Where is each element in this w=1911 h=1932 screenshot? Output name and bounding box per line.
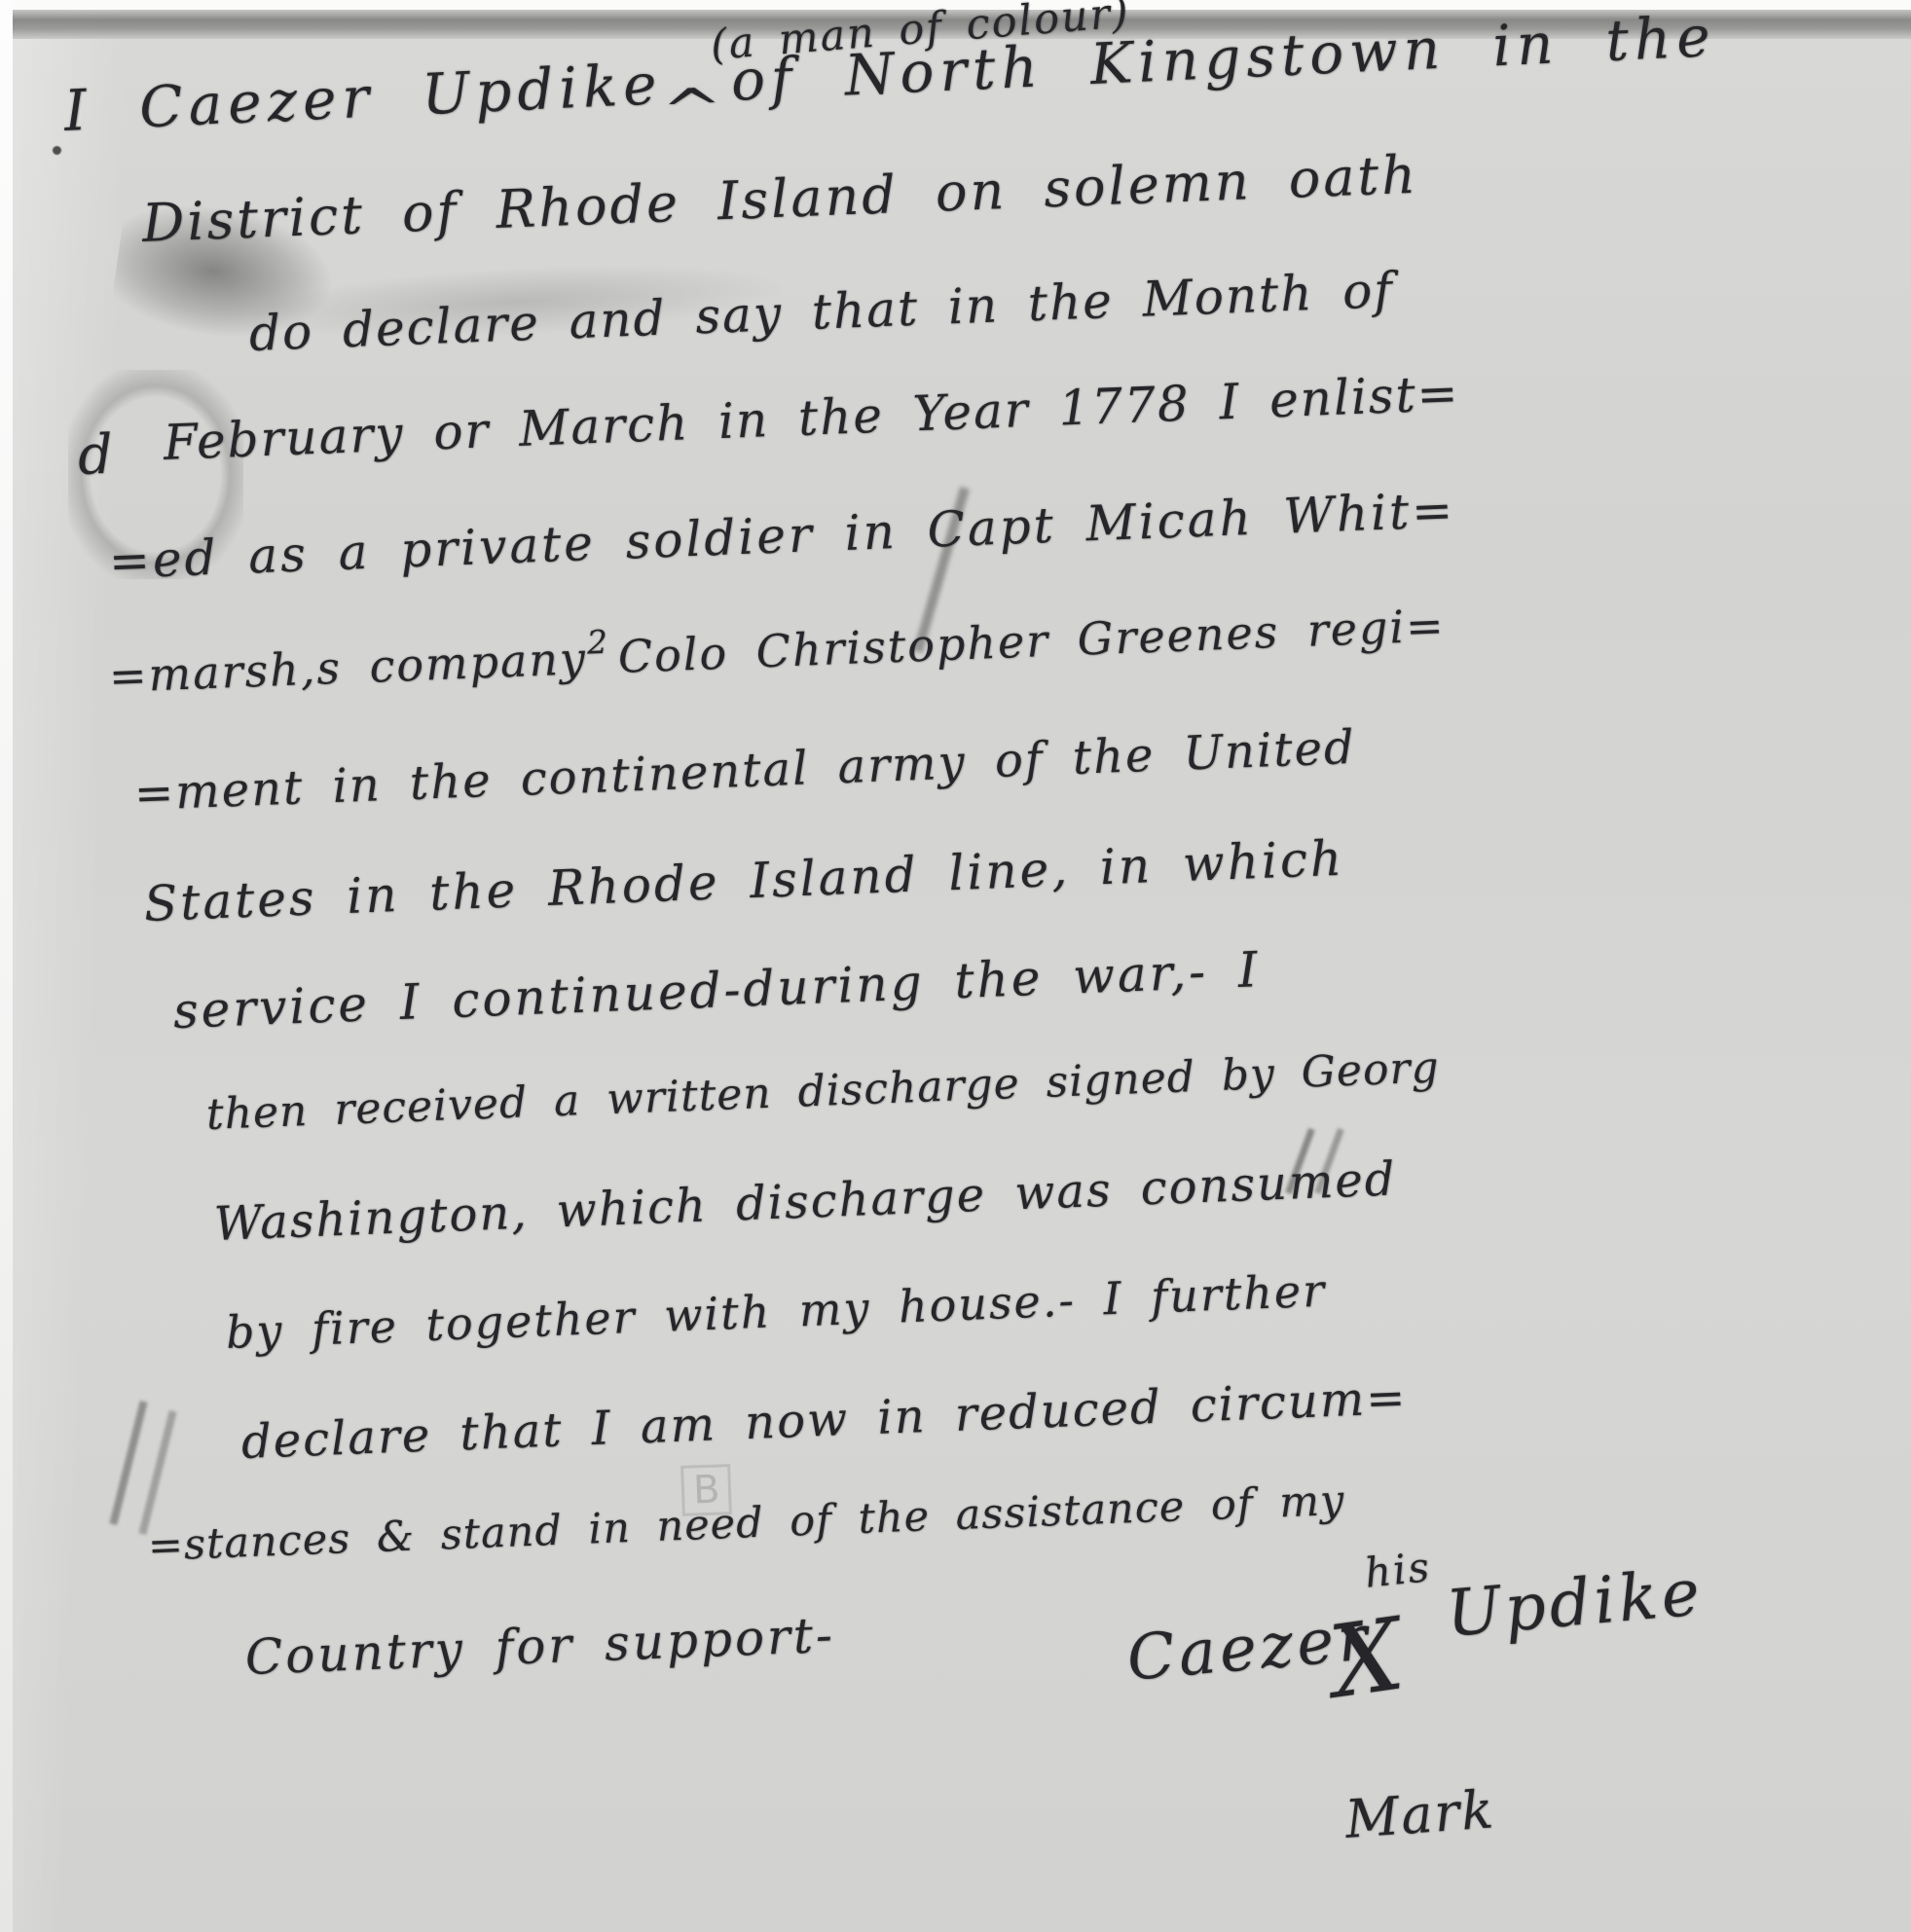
superscript-2: 2	[586, 623, 610, 662]
watermark-letter-b: B	[680, 1464, 732, 1516]
scan-left-margin	[0, 0, 13, 1932]
insertion-caret: ^	[660, 75, 732, 144]
margin-mark: d	[77, 423, 116, 488]
scanned-manuscript-page: (a man of colour) I Caezer Updike^of Nor…	[0, 0, 1911, 1932]
ink-dot	[53, 146, 61, 155]
signature-his-label: his	[1362, 1543, 1433, 1597]
signature-x-mark: X	[1324, 1596, 1412, 1721]
signature-mark-label: Mark	[1343, 1778, 1497, 1850]
